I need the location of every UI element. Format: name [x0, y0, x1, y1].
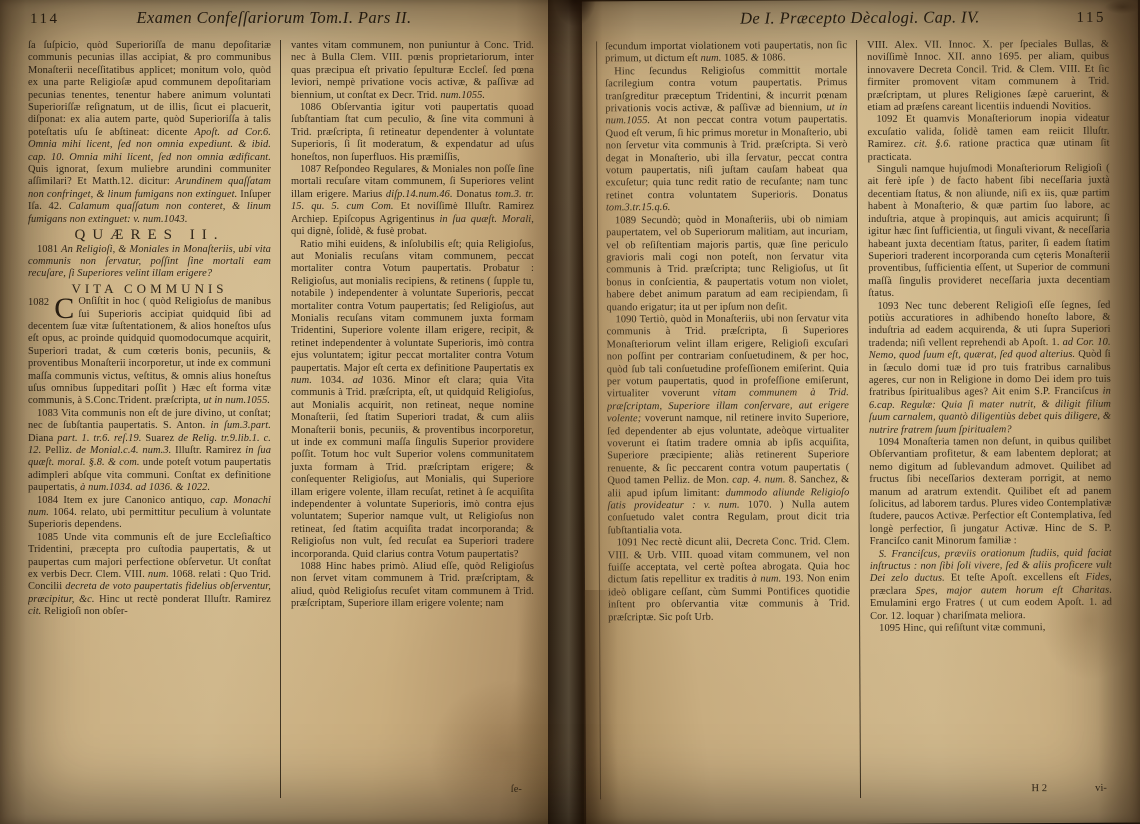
paragraph-number: 1095 [879, 623, 903, 634]
paragraph: VIII. Alex. VII. Innoc. X. per ſpeciales… [867, 39, 1109, 115]
right-page: De I. Præcepto Dècalogi. Cap. IV. 115 ſe… [582, 0, 1140, 824]
italic-citation: à num.1034. ad 1036. & 1022. [80, 482, 210, 493]
paragraph-number: 1087 [300, 164, 324, 175]
paragraph: S. Franciſcus, præviis orationum ſtudiis… [870, 547, 1112, 623]
italic-citation: cap. 4. num. [732, 475, 785, 486]
paragraph: 1089 Secundò; quòd in Monaſteriis, ubi o… [606, 214, 849, 315]
text-run: Item ex jure Canonico antiquo, [63, 495, 210, 506]
right-page-column-1: ſecundum importat violationem voti paupe… [605, 40, 851, 799]
italic-citation: ut in num.1055. [203, 395, 270, 406]
text-run: Religioſi non obſer- [41, 606, 127, 617]
italic-citation: tom.3.tr.15.q.6. [606, 202, 671, 213]
paragraph: vantes vitam communem, non puniuntur à C… [291, 40, 534, 102]
text-run: 1064. relato, ubi permittitur peculium à… [28, 507, 271, 530]
italic-citation: de Monial.c.4. num.3. [76, 445, 171, 456]
catchword: vi- [1095, 782, 1107, 794]
paragraph-number: 1090 [615, 314, 639, 325]
text-run: Hinc ſecundus Religioſus committit morta… [605, 65, 847, 114]
paragraph: 1085 Unde vita communis eſt de jure Eccl… [28, 532, 271, 619]
text-run: Monaſteria tamen non deſunt, in quibus q… [869, 436, 1111, 548]
text-run: Secundò; quòd in Monaſteriis, ubi ob nim… [606, 214, 848, 313]
text-run: 1034. [312, 375, 353, 386]
paragraph: 1081 An Religioſi, & Moniales in Monaſte… [28, 244, 271, 281]
running-title-right: De I. Præcepto Dècalogi. Cap. IV. [740, 7, 980, 27]
paragraph: 1093 Nec tunc deberent Religioſi eſſe ſe… [868, 299, 1111, 437]
text-run: Hinc habes primò. Aliud eſſe, quòd Relig… [291, 561, 534, 609]
paragraph-number: 1092 [876, 114, 905, 125]
italic-citation: num. [701, 53, 722, 64]
paragraph: 1095 Hinc, qui reſiſtunt vitæ communi, [870, 622, 1112, 636]
text-run: 1086. [759, 53, 786, 64]
text-run: Singuli namque hujuſmodi Monaſteriorum R… [868, 163, 1111, 299]
paragraph: ſecundum importat violationem voti paupe… [605, 40, 847, 66]
italic-citation: diſp.14.num.46. [386, 189, 453, 200]
page-number-right: 115 [1076, 10, 1106, 27]
paragraph: 1086 Obſervantia igitur voti paupertatis… [291, 102, 534, 164]
left-page-text-block: ſa ſuſpicio, quòd Superioriſſa de manu d… [28, 40, 534, 798]
italic-citation: Spes, major autem horum eſt Charitas [915, 585, 1109, 597]
drop-cap-initial: C [54, 297, 74, 320]
paragraph: 1094 Monaſteria tamen non deſunt, in qui… [869, 436, 1112, 549]
text-run: 1036. Minor eſt clara; quia Vita communi… [291, 375, 534, 560]
italic-citation: An Religioſi, & Moniales in Monaſteriis,… [28, 244, 271, 280]
text-run: Suarez [141, 433, 178, 444]
running-head-left: 114 Examen Confeſſariorum Tom.I. Pars II… [0, 8, 548, 34]
text-run: vantes vitam communem, non puniuntur à C… [291, 40, 534, 101]
paragraph: 1083 Vita communis non eſt de jure divin… [28, 408, 271, 495]
paragraph: 1084 Item ex jure Canonico antiquo, cap.… [28, 495, 271, 532]
paragraph: 1090 Tertiò, quòd in Monaſteriis, ubi no… [606, 313, 849, 538]
text-run: Diana [28, 433, 57, 444]
left-page-column-2: vantes vitam communem, non puniuntur à C… [280, 40, 534, 798]
italic-citation: à num. [752, 574, 782, 585]
paragraph: 1088 Hinc habes primò. Aliud eſſe, quòd … [291, 561, 534, 611]
text-run: Ratio mihi euidens, & inſolubilis eſt; q… [291, 239, 534, 374]
text-run: 1085. [721, 53, 750, 64]
italic-citation: part. 1. tr.6. reſ.19. [57, 433, 141, 444]
text-run: ſe- [511, 784, 522, 795]
paragraph-number: 1091 [617, 537, 642, 548]
signature-line: H 2vi- [861, 782, 1107, 796]
paragraph-number: 1093 [877, 300, 905, 311]
italic-citation: num. [291, 375, 312, 386]
running-head-right: De I. Præcepto Dècalogi. Cap. IV. 115 [582, 7, 1138, 36]
paragraph: Singuli namque hujuſmodi Monaſteriorum R… [868, 163, 1111, 301]
paragraph: Ratio mihi euidens, & inſolubilis eſt; q… [291, 239, 534, 562]
italic-citation: in ſua quæſt. Morali [439, 214, 531, 225]
paragraph-number: 1082 [28, 297, 49, 309]
text-run: QUÆRES II. [74, 227, 224, 243]
paragraph: 1087 Reſpondeo Regulares, & Moniales non… [291, 164, 534, 238]
paragraph-number: 1094 [878, 437, 903, 448]
italic-citation: ad [353, 375, 364, 386]
text-run: ſa ſuſpicio, quòd Superioriſſa de manu d… [28, 40, 271, 138]
left-page-column-1: ſa ſuſpicio, quòd Superioriſſa de manu d… [28, 40, 271, 798]
paragraph-number: 1084 [37, 495, 63, 506]
text-run: VITA COMMUNIS [71, 281, 227, 296]
right-page-column-2: VIII. Alex. VII. Innoc. X. per ſpeciales… [856, 39, 1113, 798]
paragraph-number: 1085 [37, 532, 64, 543]
paragraph: 1091 Nec rectè dicunt alii, Decreta Conc… [608, 536, 850, 624]
paragraph: 1092 Et quamvis Monaſteriorum inopia vid… [867, 113, 1109, 164]
paragraph-number: 1088 [300, 561, 326, 572]
italic-citation: num. [148, 569, 169, 580]
left-page: 114 Examen Confeſſariorum Tom.I. Pars II… [0, 0, 548, 824]
paragraph-number: 1086 [300, 102, 331, 113]
paragraph-number: 1081 [37, 244, 61, 255]
italic-citation: Fides [1086, 572, 1110, 583]
signature-mark: H 2 [1031, 783, 1047, 795]
book-scan-photo: 114 Examen Confeſſariorum Tom.I. Pars II… [0, 0, 1140, 824]
paragraph: 1082 COnſiſtit in hoc ( quòd Religioſus … [28, 296, 271, 408]
text-run: Et teſte Apoſt. excellens eſt [945, 572, 1086, 584]
text-run: Illuſtr. Ramirez [171, 445, 245, 456]
text-run: VIII. Alex. VII. Innoc. X. per ſpeciales… [867, 39, 1109, 113]
page-number-left: 114 [30, 11, 59, 28]
catchword: ſe- [511, 784, 522, 796]
paragraph-number: 1083 [37, 408, 61, 419]
text-run: Hinc ut rectè ponderat Illuſtr. Ramirez [95, 594, 271, 605]
paragraph-number: 1089 [615, 215, 641, 226]
text-run: At non peccat contra votum paupertatis. … [606, 115, 848, 202]
running-title-left: Examen Confeſſariorum Tom.I. Pars II. [137, 8, 412, 27]
text-run: Donatus [453, 189, 496, 200]
text-run: Pelliz. [41, 445, 76, 456]
italic-citation: in ſum.3.part. [211, 420, 271, 431]
right-page-text-block: ſecundum importat violationem voti paupe… [596, 39, 1113, 800]
italic-citation: & [751, 53, 759, 64]
paragraph: ſa ſuſpicio, quòd Superioriſſa de manu d… [28, 40, 271, 226]
italic-citation: cit. [28, 606, 41, 617]
paragraph: Hinc ſecundus Religioſus committit morta… [605, 65, 848, 215]
italic-citation: cit. §.6. [914, 139, 951, 150]
text-run: Hinc, qui reſiſtunt vitæ communi, [903, 622, 1045, 634]
section-heading: QUÆRES II. [28, 229, 271, 241]
italic-citation: num.1055. [440, 90, 485, 101]
